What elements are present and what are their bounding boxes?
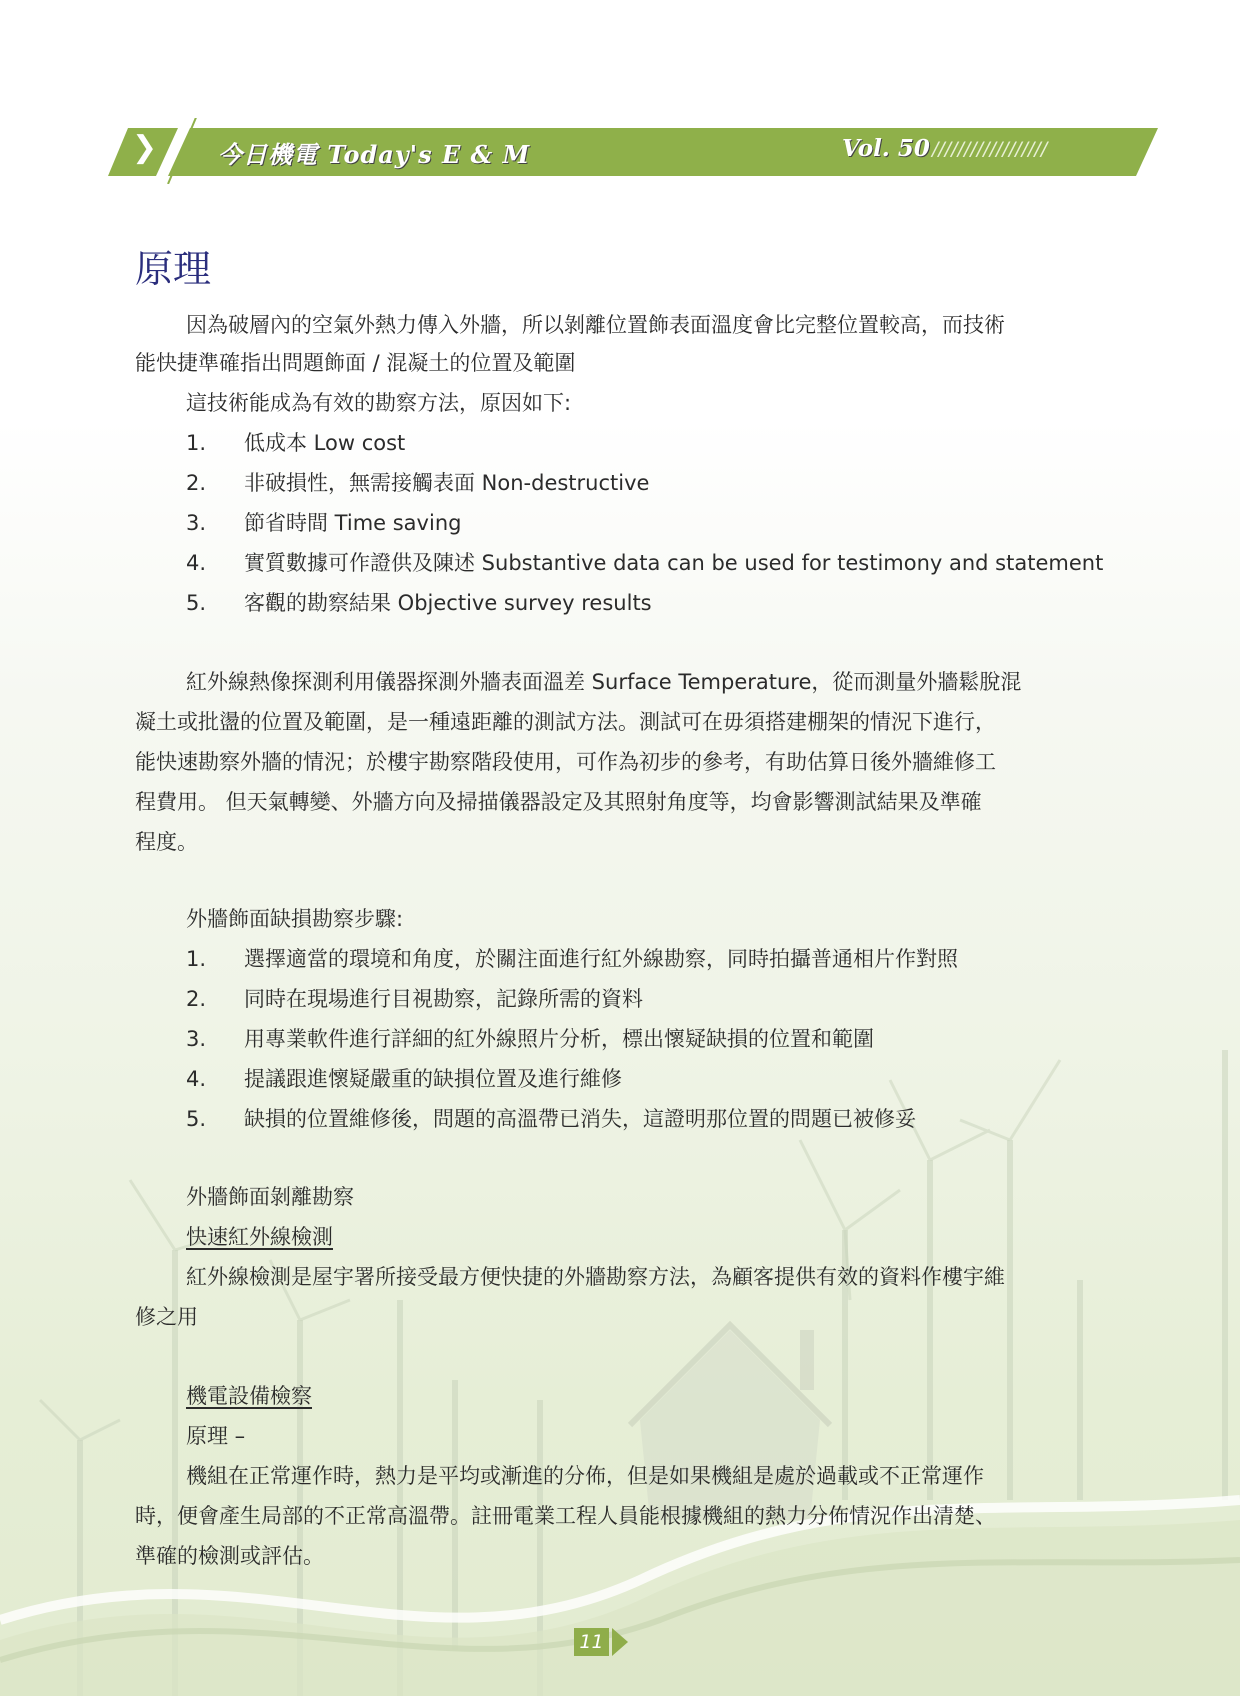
list-item-number: 1. — [186, 429, 206, 457]
list-item: 選擇適當的環境和角度，於關注面進行紅外線勘察，同時拍攝普通相片作對照 — [244, 945, 958, 973]
paragraph-line: 紅外線熱像探測利用儀器探測外牆表面溫差 Surface Temperature，… — [186, 668, 1021, 696]
paragraph-line: 紅外線檢測是屋宇署所接受最方便快捷的外牆勘察方法，為顧客提供有效的資料作樓宇維 — [186, 1263, 1005, 1291]
list-item-number: 5. — [186, 589, 206, 617]
list-item: 節省時間 Time saving — [244, 509, 461, 537]
list-item-number: 4. — [186, 549, 206, 577]
list-item: 非破損性，無需接觸表面 Non-destructive — [244, 469, 649, 497]
list-item: 同時在現場進行目視勘察，記錄所需的資料 — [244, 985, 643, 1013]
list-item: 低成本 Low cost — [244, 429, 405, 457]
paragraph-line: 程度。 — [135, 828, 198, 856]
reasons-intro: 這技術能成為有效的勘察方法，原因如下: — [186, 389, 571, 417]
section-title: 原理 — [135, 238, 211, 293]
intro-line: 因為破層內的空氣外熱力傳入外牆，所以剝離位置飾表面溫度會比完整位置較高，而技術 — [186, 311, 1005, 339]
list-item-number: 2. — [186, 985, 206, 1013]
chevron-right-icon: ❯ — [132, 130, 157, 165]
paragraph-line: 時，便會產生局部的不正常高溫帶。註冊電業工程人員能根據機組的熱力分佈情況作出清楚… — [135, 1502, 996, 1530]
magazine-header-banner: ❯ 今日機電 Today's E & M Vol. 50 ///////////… — [108, 118, 1158, 184]
steps-title: 外牆飾面缺損勘察步驟: — [186, 905, 403, 933]
magazine-title: 今日機電 Today's E & M — [218, 135, 530, 170]
subsection-title: 機電設備檢察 — [186, 1382, 312, 1410]
subsection-subtitle: 快速紅外線檢測 — [186, 1223, 333, 1251]
list-item-number: 1. — [186, 945, 206, 973]
list-item: 用專業軟件進行詳細的紅外線照片分析，標出懷疑缺損的位置和範圍 — [244, 1025, 874, 1053]
paragraph-line: 準確的檢測或評估。 — [135, 1542, 324, 1570]
list-item-number: 4. — [186, 1065, 206, 1093]
paragraph-line: 程費用。 但天氣轉變、外牆方向及掃描儀器設定及其照射角度等，均會影響測試結果及準… — [135, 788, 982, 816]
list-item-number: 3. — [186, 1025, 206, 1053]
header-hatch-decoration: ////////////////// — [932, 138, 1047, 160]
subsection-title: 外牆飾面剝離勘察 — [186, 1183, 354, 1211]
paragraph-line: 凝土或批盪的位置及範圍，是一種遠距離的測試方法。測試可在毋須搭建棚架的情況下進行… — [135, 708, 996, 736]
paragraph-line: 能快速勘察外牆的情況；於樓宇勘察階段使用，可作為初步的參考，有助估算日後外牆維修… — [135, 748, 996, 776]
list-item: 缺損的位置維修後，問題的高溫帶已消失，這證明那位置的問題已被修妥 — [244, 1105, 916, 1133]
page-arrow-icon — [612, 1628, 628, 1656]
intro-line: 能快捷準確指出問題飾面 / 混凝土的位置及範圍 — [135, 349, 575, 377]
list-item: 實質數據可作證供及陳述 Substantive data can be used… — [244, 549, 1103, 577]
list-item-number: 5. — [186, 1105, 206, 1133]
list-item: 客觀的勘察結果 Objective survey results — [244, 589, 652, 617]
paragraph-line: 機組在正常運作時，熱力是平均或漸進的分佈，但是如果機組是處於過載或不正常運作 — [186, 1462, 984, 1490]
paragraph-line: 修之用 — [135, 1303, 198, 1331]
volume-number: Vol. 50 — [842, 135, 930, 162]
list-item-number: 2. — [186, 469, 206, 497]
list-item: 提議跟進懷疑嚴重的缺損位置及進行維修 — [244, 1065, 622, 1093]
list-item-number: 3. — [186, 509, 206, 537]
page-number: 11 — [574, 1628, 609, 1656]
principle-label: 原理 – — [186, 1422, 245, 1450]
